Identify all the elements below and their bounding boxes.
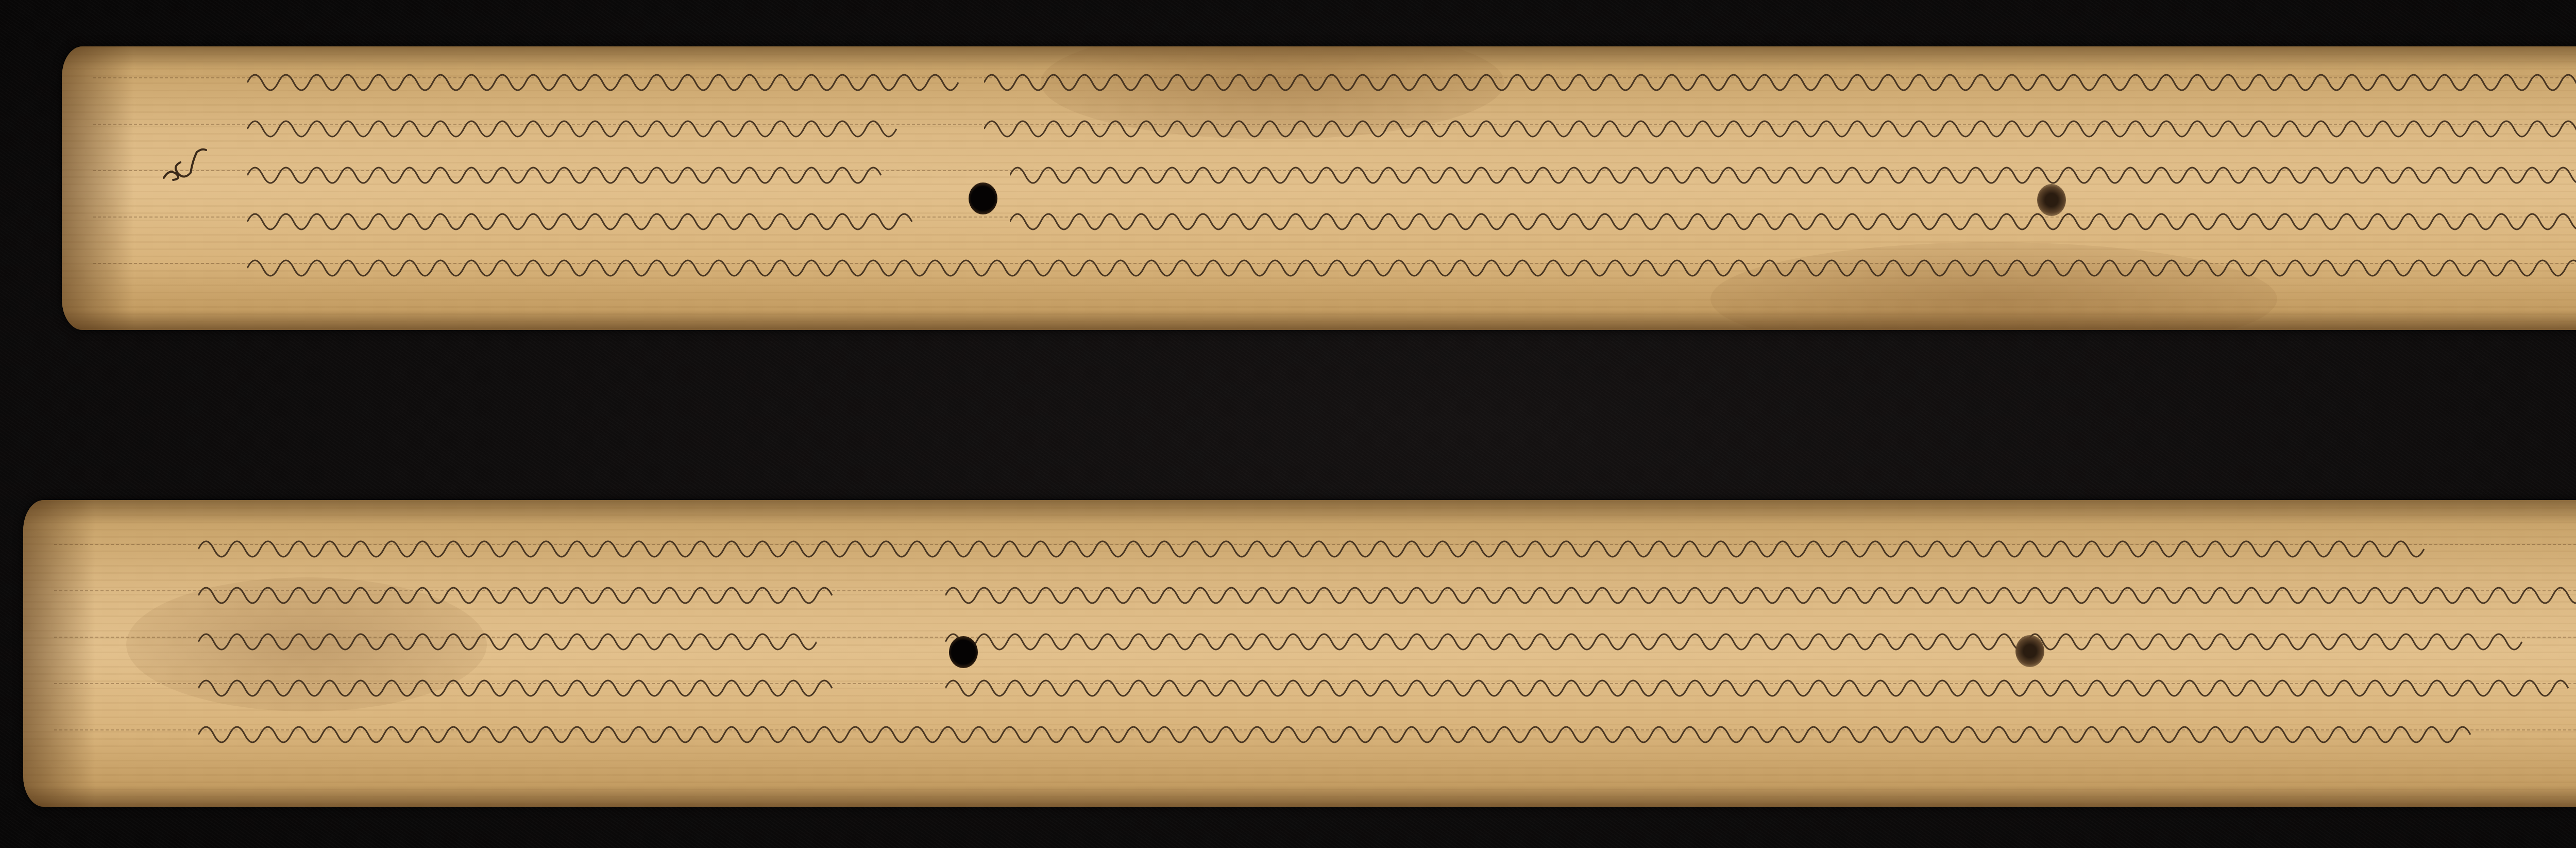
lower-palm-leaf	[23, 500, 2576, 807]
script-line	[1010, 198, 2576, 235]
folio-numeral	[160, 147, 216, 196]
script-line	[247, 245, 2576, 281]
string-hole-worn	[2015, 635, 2044, 667]
leaf-edge-shadow-left	[62, 46, 134, 330]
script-line	[198, 665, 842, 701]
script-line	[247, 198, 917, 235]
leaf-edge-shadow-left	[23, 500, 95, 807]
string-hole	[949, 636, 978, 668]
upper-palm-leaf	[62, 46, 2576, 330]
script-line	[247, 106, 907, 142]
script-line	[945, 665, 2576, 701]
string-hole	[969, 182, 997, 214]
script-line	[198, 572, 842, 608]
script-line	[247, 59, 969, 95]
string-hole-worn	[2037, 184, 2066, 216]
script-line	[1010, 152, 2576, 188]
script-line	[984, 59, 2576, 95]
script-line	[945, 572, 2576, 608]
script-line	[198, 526, 2576, 562]
script-line	[984, 106, 2576, 142]
folio-numeral-glyph-icon	[160, 147, 216, 188]
script-line	[198, 619, 817, 655]
script-line	[198, 711, 2576, 747]
script-line	[945, 619, 2576, 655]
script-line	[247, 152, 891, 188]
